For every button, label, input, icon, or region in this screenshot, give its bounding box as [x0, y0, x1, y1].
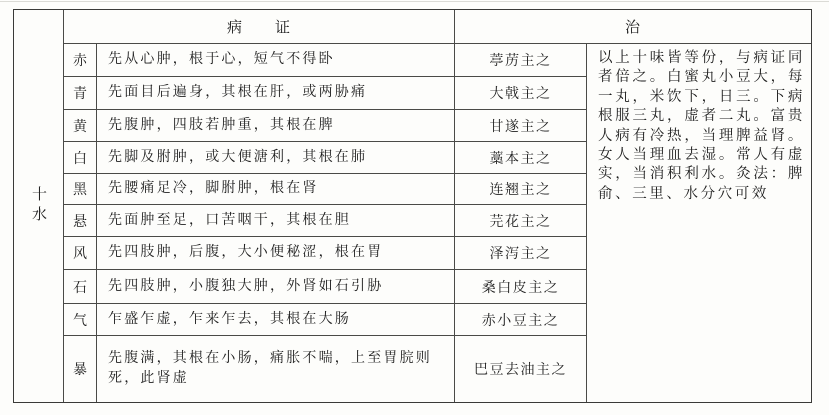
water-type-cell: 赤	[63, 43, 96, 76]
remedy-cell: 葶苈主之	[454, 43, 586, 76]
ten-waters-table: 十水 病 证 治 以上十味皆等份，与病证同者倍之。白蜜丸小豆大，每一丸，米饮下，…	[13, 9, 812, 403]
row-group-label-cell: 十水	[14, 10, 63, 402]
water-type-cell: 青	[63, 76, 96, 109]
water-type-cell: 石	[63, 269, 96, 303]
remedy-cell: 巴豆去油主之	[454, 335, 586, 402]
syndrome-cell: 先四肢肿，小腹独大肿，外肾如石引胁	[96, 269, 454, 303]
water-type-cell: 风	[63, 236, 96, 269]
water-type-cell: 气	[63, 303, 96, 335]
water-type-cell: 黄	[63, 109, 96, 141]
remedy-cell: 甘遂主之	[454, 109, 586, 141]
scanned-book-page: 十水 病 证 治 以上十味皆等份，与病证同者倍之。白蜜丸小豆大，每一丸，米饮下，…	[0, 0, 829, 415]
remedy-cell: 赤小豆主之	[454, 303, 586, 335]
remedy-cell: 连翘主之	[454, 173, 586, 204]
syndrome-cell: 先面肿至足，口苦咽干，其根在胆	[96, 204, 454, 236]
water-type-cell: 悬	[63, 204, 96, 236]
remedy-cell: 芫花主之	[454, 204, 586, 236]
water-type-cell: 白	[63, 141, 96, 173]
treatment-notes-cell: 以上十味皆等份，与病证同者倍之。白蜜丸小豆大，每一丸，米饮下，日三。下病根服三丸…	[586, 43, 811, 402]
syndrome-cell: 乍盛乍虚，乍来乍去，其根在大肠	[96, 303, 454, 335]
syndrome-cell: 先腰痛足冷，脚胕肿，根在肾	[96, 173, 454, 204]
water-type-cell: 暴	[63, 335, 96, 402]
column-header-treatment: 治	[454, 10, 811, 43]
syndrome-cell: 先腹满，其根在小肠，痛胀不喘，上至胃脘则死，此肾虚	[96, 335, 454, 402]
row-group-label: 十水	[28, 186, 49, 226]
remedy-cell: 大戟主之	[454, 76, 586, 109]
syndrome-cell: 先腹肿，四肢若肿重，其根在脾	[96, 109, 454, 141]
remedy-cell: 泽泻主之	[454, 236, 586, 269]
remedy-cell: 藁本主之	[454, 141, 586, 173]
page-top-rule	[0, 1, 829, 2]
column-header-syndrome: 病 证	[63, 10, 454, 43]
syndrome-cell: 先面目后遍身，其根在肝，或两胁痛	[96, 76, 454, 109]
syndrome-cell: 先从心肿，根于心，短气不得卧	[96, 43, 454, 76]
water-type-cell: 黑	[63, 173, 96, 204]
syndrome-cell: 先四肢肿，后腹，大小便秘涩，根在胃	[96, 236, 454, 269]
remedy-cell: 桑白皮主之	[454, 269, 586, 303]
syndrome-cell: 先脚及胕肿，或大便溏利，其根在肺	[96, 141, 454, 173]
